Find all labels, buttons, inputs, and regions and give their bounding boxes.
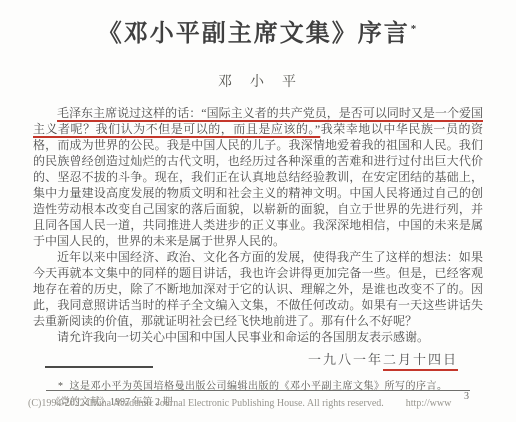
copyright-watermark: (C)1994-2022 China Academic Journal Elec… xyxy=(28,398,516,409)
document-body: 毛泽东主席说过这样的话：“国际主义者的共产党员，是否可以同时又是一个爱国主义者呢… xyxy=(33,105,483,345)
paragraph-text: 近年以来中国经济、政治、文化各方面的发展，使得我产生了这样的想法：如果今天再就本… xyxy=(33,250,483,328)
document-page: 《邓小平副主席文集》序言* 邓 小 平 毛泽东主席说过这样的话：“国际主义者的共… xyxy=(0,0,516,422)
watermark-url: http://www xyxy=(406,398,452,409)
page-bottom-rule xyxy=(46,390,470,391)
page-number: 3 xyxy=(464,391,469,402)
date-text: 一九八一年 xyxy=(308,352,383,367)
body-paragraph: 毛泽东主席说过这样的话：“国际主义者的共产党员，是否可以同时又是一个爱国主义者呢… xyxy=(33,105,483,249)
copyright-text: (C)1994-2022 China Academic Journal Elec… xyxy=(28,398,384,409)
paragraph-text: 我荣幸地以中华民族一员的资格，而成为世界的公民。我是中国人民的儿子。我深情地爱着… xyxy=(33,122,483,248)
document-title-text: 《邓小平副主席文集》序言 xyxy=(98,21,410,47)
paragraph-text: 请允许我向一切关心中国和中国人民事业和命运的各国朋友表示感谢。 xyxy=(57,330,429,344)
footnote-divider xyxy=(45,366,153,368)
date-underlined-part: 二月十四日 xyxy=(383,352,458,371)
document-title: 《邓小平副主席文集》序言* xyxy=(0,13,516,48)
footnote-marker-title: * xyxy=(411,23,419,35)
body-paragraph: 请允许我向一切关心中国和中国人民事业和命运的各国朋友表示感谢。 xyxy=(33,329,483,345)
date-line: 一九八一年二月十四日 xyxy=(308,349,458,368)
body-paragraph: 近年以来中国经济、政治、文化各方面的发展，使得我产生了这样的想法：如果今天再就本… xyxy=(33,249,483,329)
author-name: 邓 小 平 xyxy=(0,71,516,91)
